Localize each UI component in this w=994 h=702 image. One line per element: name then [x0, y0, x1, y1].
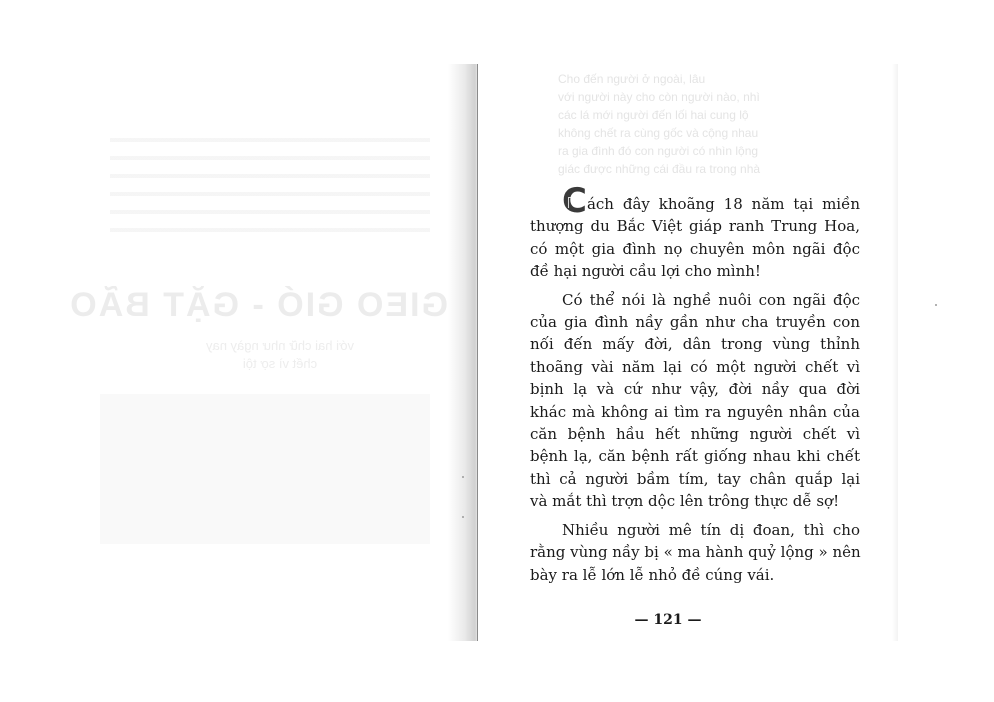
text-line: bày ra lễ lớn lễ nhỏ đề cúng vái.: [530, 564, 860, 586]
bleed-through-line: các lá mới người đến lối hai cung lộ: [558, 106, 878, 124]
scan-speck: [462, 516, 464, 518]
bleed-through-line: ra gia đình đó con người có nhìn lộng: [558, 142, 878, 160]
paragraph-1: Cách đây khoãng 18 năm tại miền thượng d…: [530, 188, 860, 283]
right-page: Cho đến người ở ngoài, lâu với người này…: [478, 64, 898, 641]
bleed-through-title: GIEO GIÓ - GẶT BÃO: [108, 286, 448, 325]
text-line: bịnh lạ và cứ như vậy, đời nầy qua đời: [530, 378, 860, 400]
paragraph-3: Nhiều người mê tín dị đoan, thì cho rằng…: [530, 519, 860, 586]
bleed-through-line: với người này cho còn người nào, nhì: [558, 88, 878, 106]
page-number: — 121 —: [458, 612, 878, 628]
bleed-through-line: với hai chữ như ngày nay: [130, 338, 430, 353]
text-line: căn bệnh hầu hết những người chết vì: [530, 423, 860, 445]
bleed-through-line: giác được những cái đầu ra trong nhà: [558, 160, 878, 178]
text-line: nối đến mấy đời, dân trong vùng thỉnh: [530, 333, 860, 355]
scan-speck: [462, 476, 464, 478]
gutter-shadow: [448, 64, 478, 641]
bleed-through-text-block: [100, 394, 430, 544]
body-text: Cách đây khoãng 18 năm tại miền thượng d…: [530, 188, 860, 592]
text-line: Cách đây khoãng 18 năm tại miền: [530, 188, 860, 215]
text-line: bệnh lạ, căn bệnh rất giống nhau khi chế…: [530, 445, 860, 467]
book-spread: GIEO GIÓ - GẶT BÃO với hai chữ như ngày …: [60, 64, 900, 641]
text-line: khác mà không ai tìm ra nguyên nhân của: [530, 401, 860, 423]
bleed-through-line: không chết ra cùng gốc và cộng nhau: [558, 124, 878, 142]
page-edge: [892, 64, 898, 641]
left-page: GIEO GIÓ - GẶT BÃO với hai chữ như ngày …: [60, 64, 478, 641]
text-line: rằng vùng nầy bị « ma hành quỷ lộng » nê…: [530, 541, 860, 563]
text-line: Có thể nói là nghề nuôi con ngãi độc: [530, 289, 860, 311]
text-line: có một gia đình nọ chuyên môn ngãi độc: [530, 238, 860, 260]
bleed-through-line: chết vì sợ tội: [130, 356, 430, 371]
text-line: thoãng vài năm lại có một người chết vì: [530, 356, 860, 378]
text-line: đề hại người cầu lợi cho mình!: [530, 260, 860, 282]
bleed-through-text-block: [110, 124, 430, 244]
text-line: Nhiều người mê tín dị đoan, thì cho: [530, 519, 860, 541]
text-line-content: ách đây khoãng 18 năm tại miền: [587, 195, 860, 213]
text-line: và mắt thì trợn dộc lên trông thực dễ sợ…: [530, 490, 860, 512]
paragraph-2: Có thể nói là nghề nuôi con ngãi độc của…: [530, 289, 860, 513]
text-line: thì cả người bầm tím, tay chân quắp lại: [530, 468, 860, 490]
bleed-through-line: Cho đến người ở ngoài, lâu: [558, 70, 878, 88]
text-line: của gia đình nầy gần như cha truyền con: [530, 311, 860, 333]
bleed-through-text: Cho đến người ở ngoài, lâu với người này…: [558, 70, 878, 178]
drop-cap: C: [562, 188, 587, 214]
scan-speck: [935, 304, 937, 306]
